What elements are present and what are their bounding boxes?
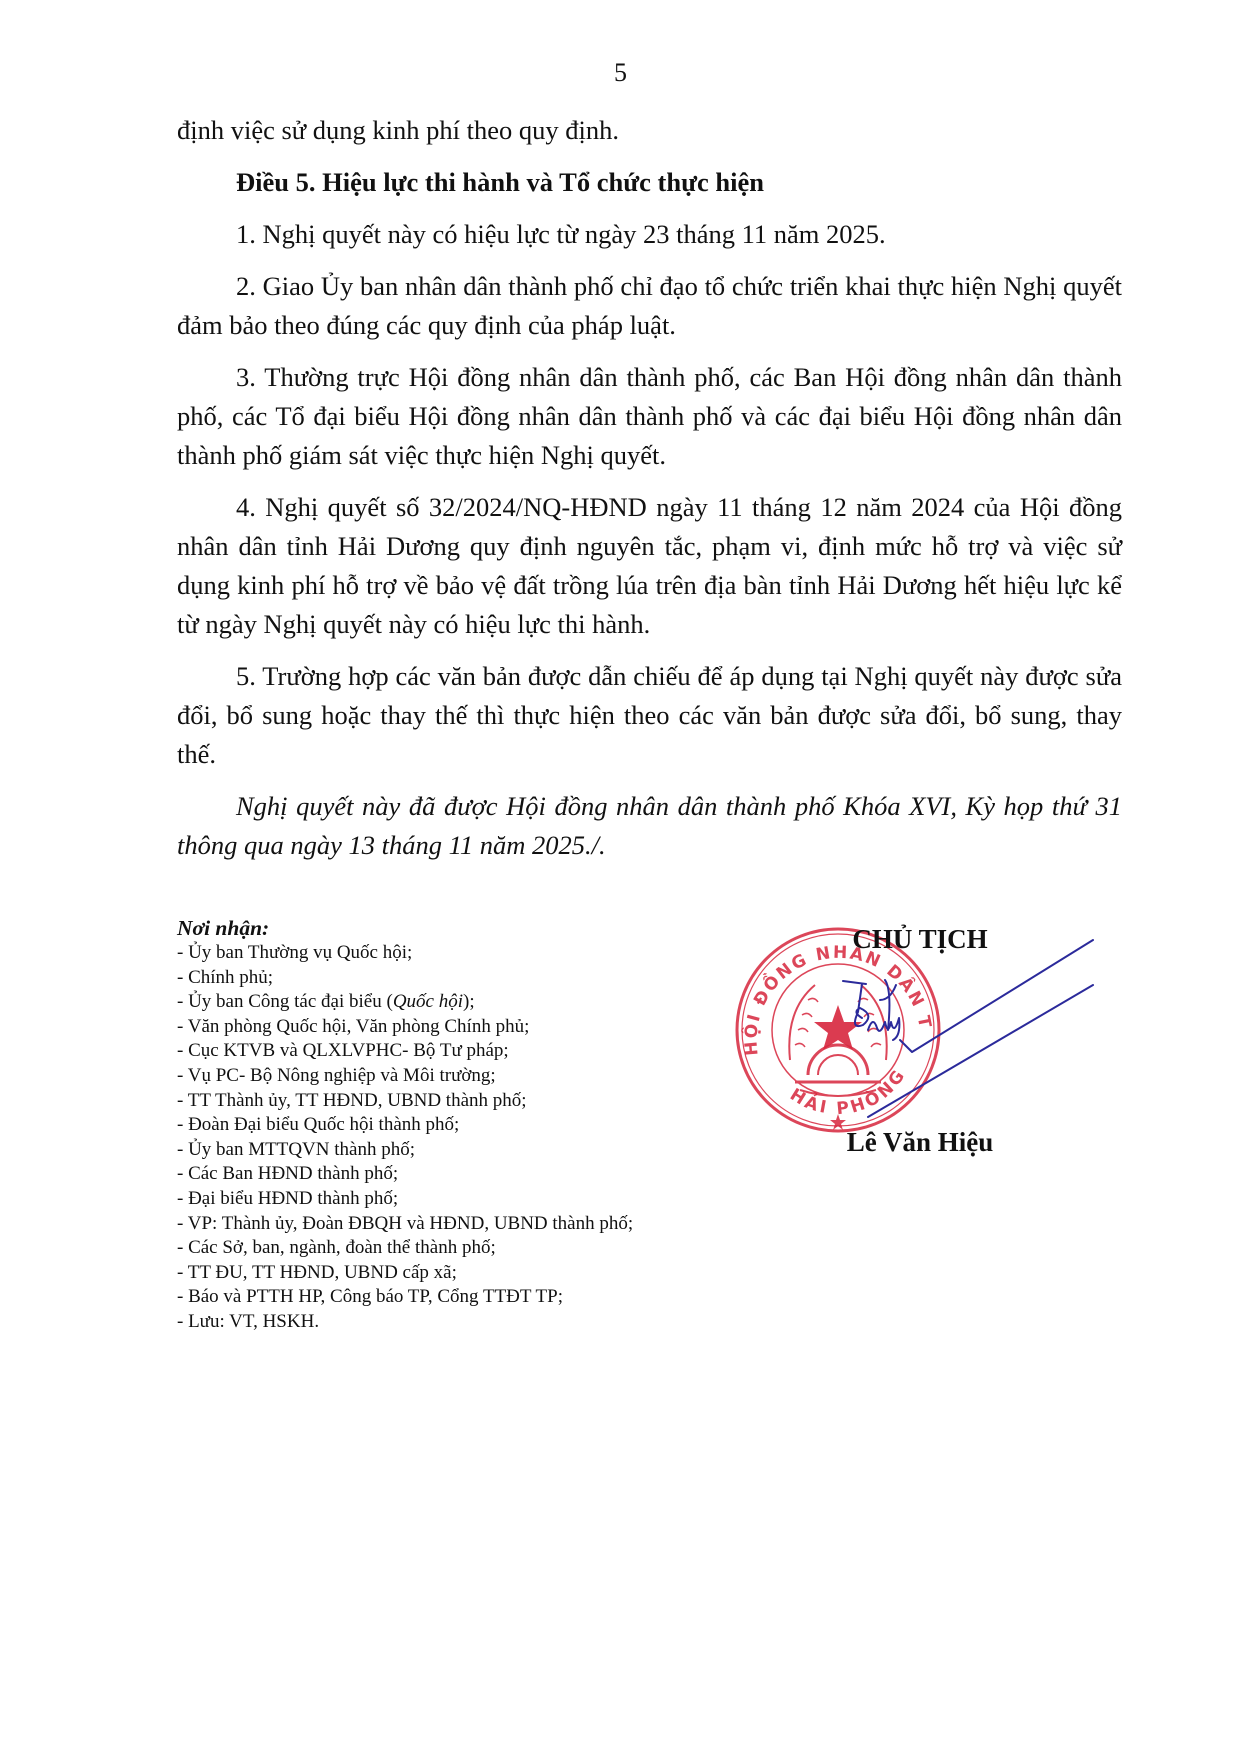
recipient-item: - Cục KTVB và QLXLVPHC- Bộ Tư pháp; <box>177 1039 737 1064</box>
clause-2: 2. Giao Ủy ban nhân dân thành phố chỉ đạ… <box>177 267 1122 345</box>
recipient-item: - VP: Thành ủy, Đoàn ĐBQH và HĐND, UBND … <box>177 1212 737 1237</box>
recipient-item: - Ủy ban Thường vụ Quốc hội; <box>177 941 737 966</box>
recipients-title: Nơi nhận: <box>177 915 737 941</box>
document-body: định việc sử dụng kinh phí theo quy định… <box>177 111 1122 865</box>
clause-5: 5. Trường hợp các văn bản được dẫn chiếu… <box>177 657 1122 774</box>
recipient-item: - Ủy ban Công tác đại biểu (Quốc hội); <box>177 990 737 1015</box>
recipient-item: - Các Sở, ban, ngành, đoàn thể thành phố… <box>177 1236 737 1261</box>
recipient-item: - Vụ PC- Bộ Nông nghiệp và Môi trường; <box>177 1064 737 1089</box>
recipient-item-prefix: - Ủy ban Công tác đại biểu ( <box>177 991 393 1012</box>
continuation-paragraph: định việc sử dụng kinh phí theo quy định… <box>177 111 1122 150</box>
signer-name: Lê Văn Hiệu <box>830 1127 1010 1158</box>
recipient-item-italic: Quốc hội <box>393 991 463 1012</box>
recipient-item: - TT ĐU, TT HĐND, UBND cấp xã; <box>177 1261 737 1286</box>
recipient-item: - Đại biểu HĐND thành phố; <box>177 1187 737 1212</box>
page-number: 5 <box>0 58 1241 88</box>
clause-3: 3. Thường trực Hội đồng nhân dân thành p… <box>177 358 1122 475</box>
recipient-item: - Báo và PTTH HP, Công báo TP, Cổng TTĐT… <box>177 1285 737 1310</box>
recipient-item: - Các Ban HĐND thành phố; <box>177 1162 737 1187</box>
closing-statement: Nghị quyết này đã được Hội đồng nhân dân… <box>177 787 1122 865</box>
recipient-item: - Văn phòng Quốc hội, Văn phòng Chính ph… <box>177 1015 737 1040</box>
recipient-item: - Chính phủ; <box>177 966 737 991</box>
clause-4: 4. Nghị quyết số 32/2024/NQ-HĐND ngày 11… <box>177 488 1122 644</box>
article-heading: Điều 5. Hiệu lực thi hành và Tổ chức thự… <box>177 163 1122 202</box>
recipient-item-suffix: ); <box>463 991 475 1012</box>
clause-1: 1. Nghị quyết này có hiệu lực từ ngày 23… <box>177 215 1122 254</box>
recipients-block: Nơi nhận: - Ủy ban Thường vụ Quốc hội; -… <box>177 915 737 1335</box>
recipient-item: - Lưu: VT, HSKH. <box>177 1310 737 1335</box>
recipient-item: - Đoàn Đại biểu Quốc hội thành phố; <box>177 1113 737 1138</box>
recipient-item: - TT Thành ủy, TT HĐND, UBND thành phố; <box>177 1089 737 1114</box>
recipient-item: - Ủy ban MTTQVN thành phố; <box>177 1138 737 1163</box>
handwritten-signature-icon <box>700 900 1120 1160</box>
